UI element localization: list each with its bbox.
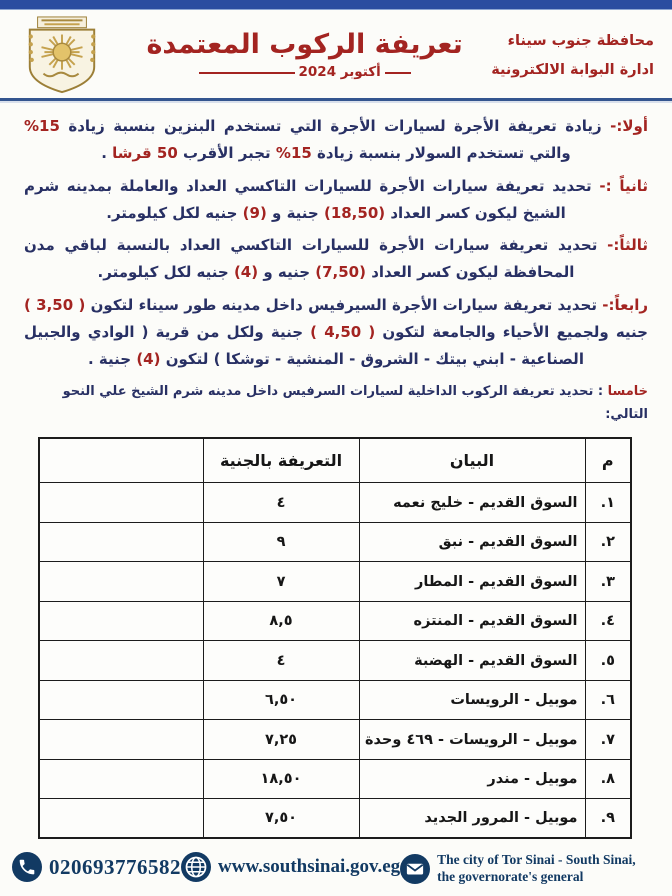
top-blue-bar <box>0 0 672 10</box>
row-description: موبيل - المرور الجديد <box>359 799 585 839</box>
row-description: السوق القديم - نبق <box>359 522 585 562</box>
column-header-description: البيان <box>359 438 585 483</box>
row-tariff: ٨,٥ <box>203 601 359 641</box>
tariff-table-head: م البيان التعريفة بالجنية <box>39 438 631 483</box>
document-page: { "header": { "org_line1": "محافظة جنوب … <box>0 0 672 896</box>
table-row: ٦. موبيل - الرويسات ٦,٥٠ <box>39 680 631 720</box>
row-description: موبيل - مندر <box>359 759 585 799</box>
body-text: جنيه لكل كيلومتر. <box>106 204 242 222</box>
highlight-text: ثالثاً:- <box>597 236 648 254</box>
highlight-text: 50 قرشا <box>112 144 178 162</box>
table-row: ٥. السوق القديم - الهضبة ٤ <box>39 641 631 681</box>
clause-fifth: خامسا : تحديد تعريفة الركوب الداخلية لسي… <box>24 380 648 427</box>
row-tariff: ٤ <box>203 483 359 523</box>
page-title: تعريفة الركوب المعتمدة <box>146 29 462 60</box>
table-row: ٩. موبيل - المرور الجديد ٧,٥٠ <box>39 799 631 839</box>
highlight-text: (7,50) <box>315 263 366 281</box>
body-text: تجبر الأقرب <box>178 144 276 162</box>
row-extra-cell <box>39 680 203 720</box>
row-extra-cell <box>39 562 203 602</box>
clauses-section: أولا:- زيادة تعريفة الأجرة لسيارات الأجر… <box>0 101 672 427</box>
column-header-serial: م <box>585 438 631 483</box>
address-text: The city of Tor Sinai - South Sinai, the… <box>437 852 656 886</box>
table-header-row: م البيان التعريفة بالجنية <box>39 438 631 483</box>
table-row: ١. السوق القديم - خليج نعمه ٤ <box>39 483 631 523</box>
row-extra-cell <box>39 641 203 681</box>
highlight-text: ثانياً :- <box>592 177 648 195</box>
row-serial: ٣. <box>585 562 631 602</box>
highlight-text: خامسا <box>603 384 648 399</box>
row-extra-cell <box>39 522 203 562</box>
highlight-text: (9) <box>243 204 267 222</box>
organization-titles: محافظة جنوب سيناء ادارة البوابة الالكترو… <box>491 27 654 85</box>
row-tariff: ١٨,٥٠ <box>203 759 359 799</box>
clause-third: ثالثاً:- تحديد تعريفة سيارات الأجرة للسي… <box>24 232 648 287</box>
row-description: موبيل - الرويسات <box>359 680 585 720</box>
contact-footer: 020693776582 www.southsinai.gov.eg The c… <box>0 839 672 886</box>
row-extra-cell <box>39 759 203 799</box>
clause-second: ثانياً :- تحديد تعريفة سيارات الأجرة للس… <box>24 173 648 228</box>
row-serial: ٧. <box>585 720 631 760</box>
highlight-text: ( 3,50 ) <box>24 296 85 314</box>
row-serial: ٥. <box>585 641 631 681</box>
row-description: السوق القديم - خليج نعمه <box>359 483 585 523</box>
website-url: www.southsinai.gov.eg <box>218 856 400 878</box>
tariff-table-body: ١. السوق القديم - خليج نعمه ٤ ٢. السوق ا… <box>39 483 631 839</box>
tariff-table: م البيان التعريفة بالجنية ١. السوق القدي… <box>38 437 632 840</box>
subtitle-rule-left <box>199 72 295 74</box>
document-header: محافظة جنوب سيناء ادارة البوابة الالكترو… <box>0 10 672 98</box>
org-department: ادارة البوابة الالكترونية <box>491 56 654 85</box>
phone-contact: 020693776582 <box>12 852 181 882</box>
row-description: السوق القديم - الهضبة <box>359 641 585 681</box>
highlight-text: ( 4,50 ) <box>310 323 375 341</box>
body-text: . <box>101 144 112 162</box>
table-row: ٧. موبيل – الرويسات - ٤٦٩ وحدة ٧,٢٥ <box>39 720 631 760</box>
column-header-extra <box>39 438 203 483</box>
title-block: تعريفة الركوب المعتمدة أكتوبر 2024 <box>146 29 462 82</box>
subtitle-row: أكتوبر 2024 <box>146 64 462 82</box>
table-row: ٣. السوق القديم - المطار ٧ <box>39 562 631 602</box>
body-text: جنية . <box>88 350 136 368</box>
row-serial: ٨. <box>585 759 631 799</box>
org-name: محافظة جنوب سيناء <box>491 27 654 56</box>
mail-icon <box>400 854 430 884</box>
website-contact: www.southsinai.gov.eg <box>181 852 400 882</box>
row-extra-cell <box>39 720 203 760</box>
table-row: ٢. السوق القديم - نبق ٩ <box>39 522 631 562</box>
body-text: والتي تستخدم السولار بنسبة زيادة <box>312 144 571 162</box>
row-extra-cell <box>39 799 203 839</box>
governorate-emblem-icon <box>18 15 106 97</box>
row-tariff: ٤ <box>203 641 359 681</box>
highlight-text: 15% <box>276 144 312 162</box>
clause-first: أولا:- زيادة تعريفة الأجرة لسيارات الأجر… <box>24 113 648 168</box>
body-text: جنيه ولجميع الأحياء والجامعة لتكون <box>375 323 648 341</box>
subtitle-rule-right <box>385 72 411 74</box>
body-text: زيادة تعريفة الأجرة لسيارات الأجرة التي … <box>60 117 602 135</box>
row-tariff: ٧ <box>203 562 359 602</box>
row-tariff: ٧,٥٠ <box>203 799 359 839</box>
row-extra-cell <box>39 483 203 523</box>
column-header-tariff: التعريفة بالجنية <box>203 438 359 483</box>
row-serial: ١. <box>585 483 631 523</box>
highlight-text: (18,50) <box>324 204 385 222</box>
body-text: جنيه و <box>258 263 315 281</box>
table-row: ٨. موبيل - مندر ١٨,٥٠ <box>39 759 631 799</box>
row-tariff: ٦,٥٠ <box>203 680 359 720</box>
row-description: السوق القديم - المطار <box>359 562 585 602</box>
subtitle-date: أكتوبر 2024 <box>295 64 385 82</box>
highlight-text: (4) <box>234 263 258 281</box>
highlight-text: رابعاً:- <box>597 296 648 314</box>
row-description: السوق القديم - المنتزه <box>359 601 585 641</box>
highlight-text: أولا:- <box>602 117 648 135</box>
body-text: جنيه لكل كيلومتر. <box>98 263 234 281</box>
row-serial: ٩. <box>585 799 631 839</box>
row-description: موبيل – الرويسات - ٤٦٩ وحدة <box>359 720 585 760</box>
body-text: تحديد تعريفة سيارات الأجرة السيرفيس داخل… <box>85 296 597 314</box>
globe-icon <box>181 852 211 882</box>
mail-contact: The city of Tor Sinai - South Sinai, the… <box>400 852 656 886</box>
row-tariff: ٩ <box>203 522 359 562</box>
row-serial: ٢. <box>585 522 631 562</box>
clause-fourth: رابعاً:- تحديد تعريفة سيارات الأجرة السي… <box>24 292 648 374</box>
phone-number: 020693776582 <box>49 855 181 880</box>
body-text: : تحديد تعريفة الركوب الداخلية لسيارات ا… <box>63 384 648 423</box>
phone-icon <box>12 852 42 882</box>
body-text: جنية و <box>267 204 324 222</box>
row-extra-cell <box>39 601 203 641</box>
table-row: ٤. السوق القديم - المنتزه ٨,٥ <box>39 601 631 641</box>
row-serial: ٦. <box>585 680 631 720</box>
row-serial: ٤. <box>585 601 631 641</box>
highlight-text: (4) <box>136 350 160 368</box>
row-tariff: ٧,٢٥ <box>203 720 359 760</box>
highlight-text: 15% <box>24 117 60 135</box>
